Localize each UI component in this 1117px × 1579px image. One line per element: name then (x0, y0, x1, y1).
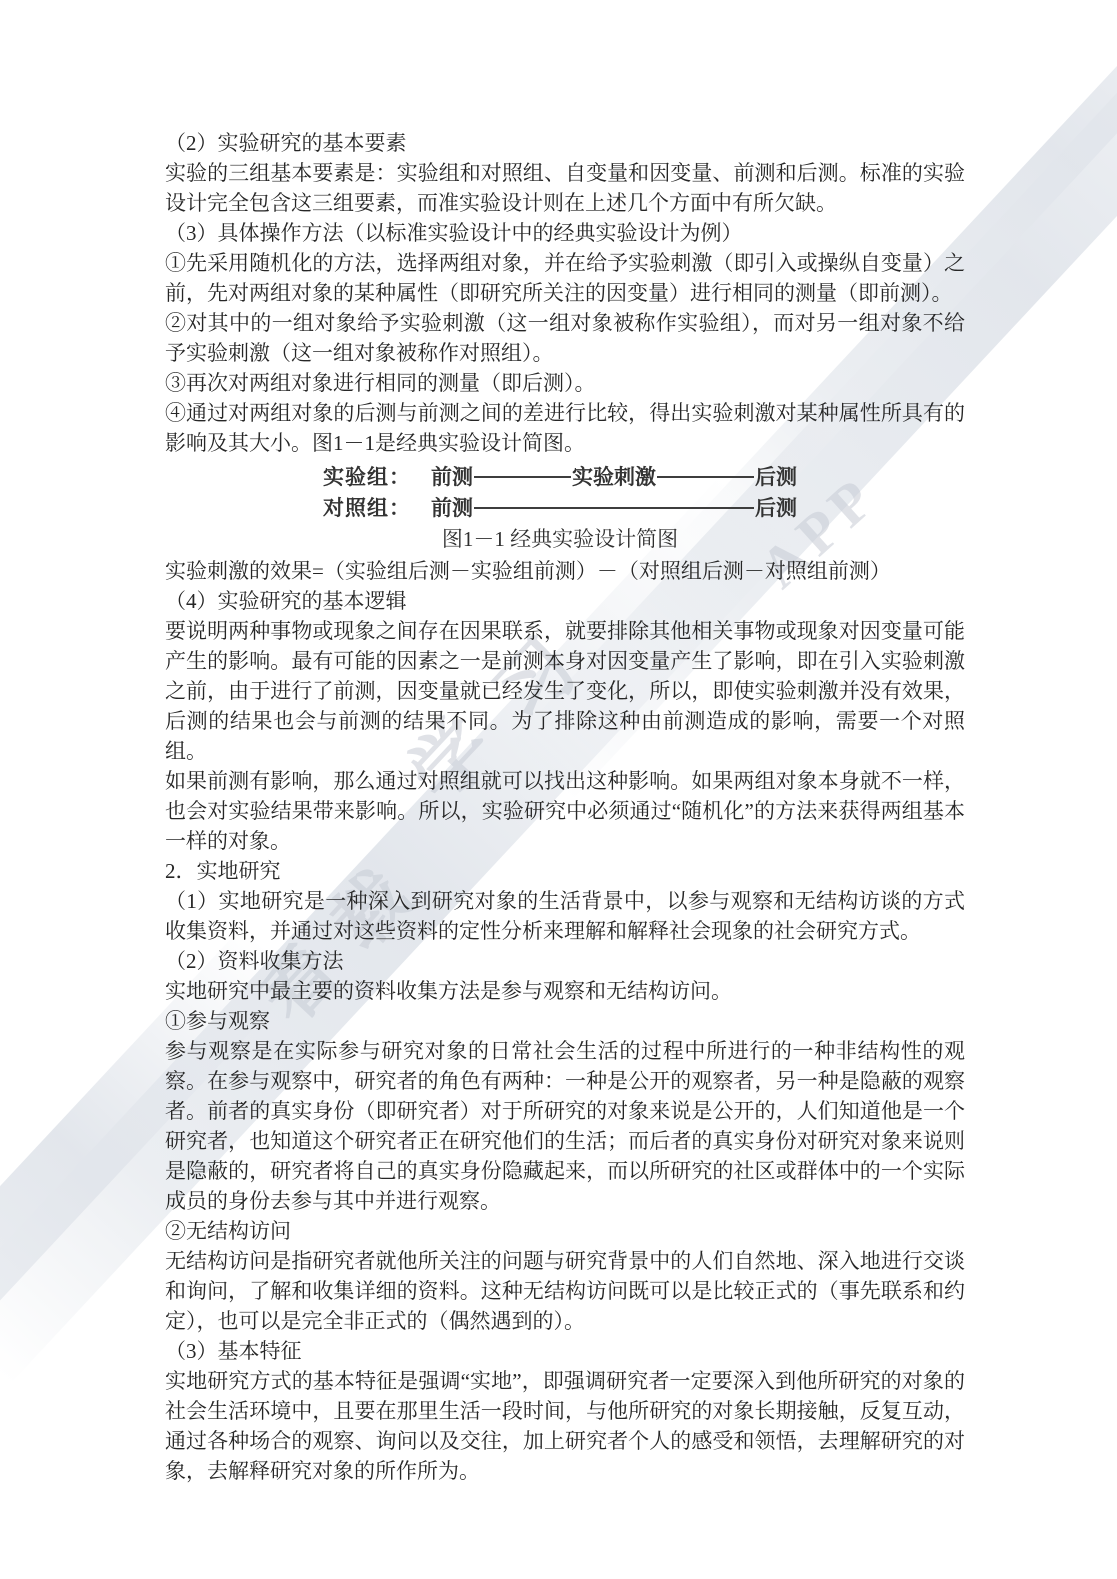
heading-data-collection: （2）资料收集方法 (165, 946, 965, 976)
diagram-node-pretest: 前测 (431, 493, 473, 523)
para-logic-1: 要说明两种事物或现象之间存在因果联系，就要排除其他相关事物或现象对因变量可能产生… (165, 616, 965, 766)
document-content: （2）实验研究的基本要素 实验的三组基本要素是：实验组和对照组、自变量和因变量、… (165, 128, 965, 1486)
experiment-design-diagram: 实验组： 前测 实验刺激 后测 对照组： 前测 后测 图1－1 经典实验设计简图 (323, 461, 797, 554)
diagram-label-experimental-group: 实验组： (323, 462, 411, 492)
diagram-connector-line (657, 476, 754, 478)
diagram-row-experimental-group: 实验组： 前测 实验刺激 后测 (323, 461, 797, 492)
figure-caption: 图1－1 经典实验设计简图 (323, 524, 797, 554)
heading-unstructured-interview: ②无结构访问 (165, 1216, 965, 1246)
para-step-3: ③再次对两组对象进行相同的测量（即后测）。 (165, 368, 965, 398)
para-field-definition: （1）实地研究是一种深入到研究对象的生活背景中，以参与观察和无结构访谈的方式收集… (165, 886, 965, 946)
para-step-1: ①先采用随机化的方法，选择两组对象，并在给予实验刺激（即引入或操纵自变量）之前，… (165, 248, 965, 308)
para-step-2: ②对其中的一组对象给予实验刺激（这一组对象被称作实验组），而对另一组对象不给予实… (165, 308, 965, 368)
diagram-node-stimulus: 实验刺激 (572, 462, 656, 492)
heading-basic-logic: （4）实验研究的基本逻辑 (165, 586, 965, 616)
diagram-label-control-group: 对照组： (323, 493, 411, 523)
heading-field-research: 2．实地研究 (165, 856, 965, 886)
diagram-node-posttest: 后测 (755, 493, 797, 523)
para-logic-2: 如果前测有影响，那么通过对照组就可以找出这种影响。如果两组对象本身就不一样，也会… (165, 766, 965, 856)
heading-basic-elements: （2）实验研究的基本要素 (165, 128, 965, 158)
heading-operation-method: （3）具体操作方法（以标准实验设计中的经典实验设计为例） (165, 218, 965, 248)
para-participant-observation: 参与观察是在实际参与研究对象的日常社会生活的过程中所进行的一种非结构性的观察。在… (165, 1036, 965, 1216)
para-effect-formula: 实验刺激的效果=（实验组后测－实验组前测）－（对照组后测－对照组前测） (165, 556, 965, 586)
para-basic-features: 实地研究方式的基本特征是强调“实地”，即强调研究者一定要深入到他所研究的对象的社… (165, 1366, 965, 1486)
para-three-elements: 实验的三组基本要素是：实验组和对照组、自变量和因变量、前测和后测。标准的实验设计… (165, 158, 965, 218)
para-unstructured-interview: 无结构访问是指研究者就他所关注的问题与研究背景中的人们自然地、深入地进行交谈和询… (165, 1246, 965, 1336)
diagram-connector-line (474, 476, 571, 478)
diagram-node-pretest: 前测 (431, 462, 473, 492)
diagram-connector-line (474, 507, 754, 509)
diagram-node-posttest: 后测 (755, 462, 797, 492)
heading-basic-features: （3）基本特征 (165, 1336, 965, 1366)
para-step-4: ④通过对两组对象的后测与前测之间的差进行比较，得出实验刺激对某种属性所具有的影响… (165, 398, 965, 458)
para-data-collection-main: 实地研究中最主要的资料收集方法是参与观察和无结构访问。 (165, 976, 965, 1006)
heading-participant-observation: ①参与观察 (165, 1006, 965, 1036)
diagram-row-control-group: 对照组： 前测 后测 (323, 492, 797, 523)
document-page: 学 习 APP 看 载 （2）实验研究的基本要素 实验的三组基本要素是：实验组和… (0, 0, 1117, 1579)
